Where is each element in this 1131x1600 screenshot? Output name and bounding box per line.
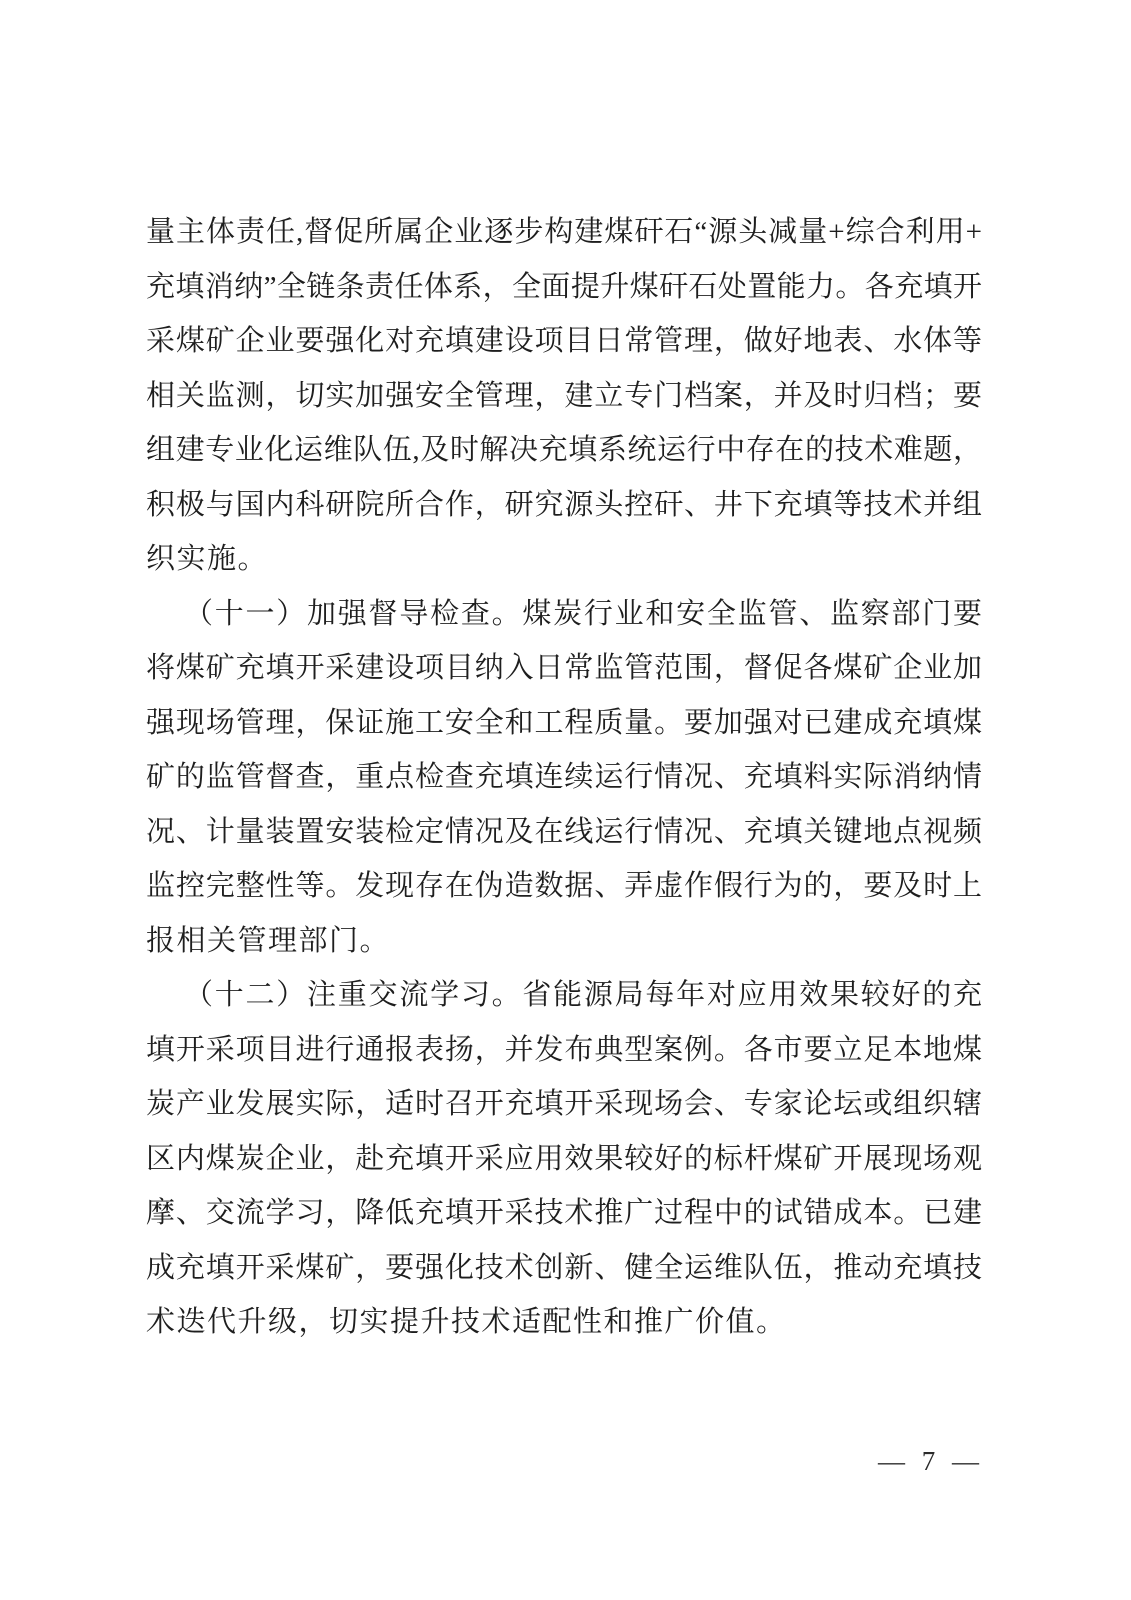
text-line: 报相关管理部门。 xyxy=(146,914,982,969)
text-line: 区内煤炭企业，赴充填开采应用效果较好的标杆煤矿开展现场观 xyxy=(146,1132,982,1187)
text-line: 况、计量装置安装检定情况及在线运行情况、充填关键地点视频 xyxy=(146,805,982,860)
text-line: 将煤矿充填开采建设项目纳入日常监管范围，督促各煤矿企业加 xyxy=(146,641,982,696)
document-page: 量主体责任,督促所属企业逐步构建煤矸石“源头减量+综合利用+充填消纳”全链条责任… xyxy=(0,0,1131,1600)
text-line: 强现场管理，保证施工安全和工程质量。要加强对已建成充填煤 xyxy=(146,696,982,751)
text-line: 充填消纳”全链条责任体系，全面提升煤矸石处置能力。各充填开 xyxy=(146,260,982,315)
text-line: 积极与国内科研院所合作，研究源头控矸、井下充填等技术并组 xyxy=(146,478,982,533)
page-number: — 7 — xyxy=(878,1446,980,1477)
text-line: 监控完整性等。发现存在伪造数据、弄虚作假行为的，要及时上 xyxy=(146,859,982,914)
text-line: 矿的监管督查，重点检查充填连续运行情况、充填料实际消纳情 xyxy=(146,750,982,805)
text-line: 炭产业发展实际，适时召开充填开采现场会、专家论坛或组织辖 xyxy=(146,1077,982,1132)
text-line: 填开采项目进行通报表扬，并发布典型案例。各市要立足本地煤 xyxy=(146,1023,982,1078)
text-line: （十一）加强督导检查。煤炭行业和安全监管、监察部门要 xyxy=(146,587,982,642)
text-line: 采煤矿企业要强化对充填建设项目日常管理，做好地表、水体等 xyxy=(146,314,982,369)
text-line: 术迭代升级，切实提升技术适配性和推广价值。 xyxy=(146,1295,982,1350)
text-line: 摩、交流学习，降低充填开采技术推广过程中的试错成本。已建 xyxy=(146,1186,982,1241)
text-line: 相关监测，切实加强安全管理，建立专门档案，并及时归档；要 xyxy=(146,369,982,424)
text-line: 成充填开采煤矿，要强化技术创新、健全运维队伍，推动充填技 xyxy=(146,1241,982,1296)
text-line: 组建专业化运维队伍,及时解决充填系统运行中存在的技术难题， xyxy=(146,423,982,478)
text-line: 量主体责任,督促所属企业逐步构建煤矸石“源头减量+综合利用+ xyxy=(146,205,982,260)
text-line: 织实施。 xyxy=(146,532,982,587)
text-line: （十二）注重交流学习。省能源局每年对应用效果较好的充 xyxy=(146,968,982,1023)
document-body: 量主体责任,督促所属企业逐步构建煤矸石“源头减量+综合利用+充填消纳”全链条责任… xyxy=(146,205,982,1350)
